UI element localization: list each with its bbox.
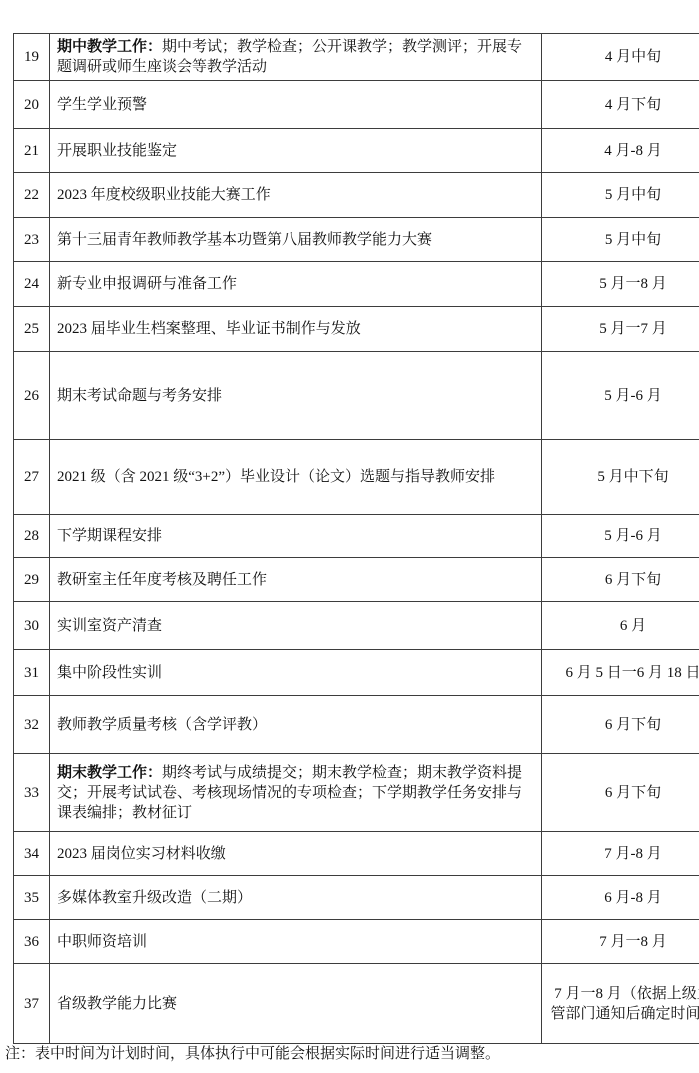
- task-text: 实训室资产清查: [57, 618, 162, 634]
- task-text: 中职师资培训: [57, 934, 147, 950]
- table-row: 36 中职师资培训 7 月一8 月: [14, 920, 699, 964]
- row-number-cell: 28: [14, 515, 50, 558]
- table-row: 28 下学期课程安排 5 月-6 月: [14, 515, 699, 558]
- row-number-cell: 27: [14, 440, 50, 515]
- footnote: 注：表中时间为计划时间，具体执行中可能会根据实际时间进行适当调整。: [5, 1044, 500, 1064]
- task-cell: 第十三届青年教师教学基本功暨第八届教师教学能力大赛: [50, 218, 542, 262]
- task-cell: 教师教学质量考核（含学评教）: [50, 696, 542, 754]
- table-row: 20 学生学业预警 4 月下旬: [14, 81, 699, 129]
- table-row: 27 2021 级（含 2021 级“3+2”）毕业设计（论文）选题与指导教师安…: [14, 440, 699, 515]
- row-number-cell: 34: [14, 832, 50, 876]
- table-row: 37 省级教学能力比赛 7 月一8 月（依据上级主管部门通知后确定时间）: [14, 964, 699, 1044]
- time-cell: 5 月一8 月: [542, 262, 699, 307]
- task-cell: 教研室主任年度考核及聘任工作: [50, 558, 542, 602]
- task-cell: 期中教学工作：期中考试；教学检查；公开课教学；教学测评；开展专题调研或师生座谈会…: [50, 34, 542, 81]
- task-text: 2023 年度校级职业技能大赛工作: [57, 187, 271, 203]
- time-cell: 6 月: [542, 602, 699, 650]
- task-text: 省级教学能力比赛: [57, 996, 177, 1012]
- row-number-cell: 22: [14, 173, 50, 218]
- task-text: 教研室主任年度考核及聘任工作: [57, 572, 267, 588]
- task-text: 2021 级（含 2021 级“3+2”）毕业设计（论文）选题与指导教师安排: [57, 469, 495, 485]
- table-row: 31 集中阶段性实训 6 月 5 日一6 月 18 日: [14, 650, 699, 696]
- row-number-cell: 21: [14, 129, 50, 173]
- row-number-cell: 19: [14, 34, 50, 81]
- row-number-cell: 32: [14, 696, 50, 754]
- time-cell: 5 月中旬: [542, 173, 699, 218]
- task-cell: 期末考试命题与考务安排: [50, 352, 542, 440]
- row-number-cell: 31: [14, 650, 50, 696]
- task-cell: 2023 届岗位实习材料收缴: [50, 832, 542, 876]
- time-cell: 4 月-8 月: [542, 129, 699, 173]
- task-cell: 开展职业技能鉴定: [50, 129, 542, 173]
- task-cell: 2021 级（含 2021 级“3+2”）毕业设计（论文）选题与指导教师安排: [50, 440, 542, 515]
- table-row: 26 期末考试命题与考务安排 5 月-6 月: [14, 352, 699, 440]
- table-row: 34 2023 届岗位实习材料收缴 7 月-8 月: [14, 832, 699, 876]
- task-text: 2023 届岗位实习材料收缴: [57, 846, 226, 862]
- time-cell: 7 月-8 月: [542, 832, 699, 876]
- task-cell: 省级教学能力比赛: [50, 964, 542, 1044]
- table-row: 25 2023 届毕业生档案整理、毕业证书制作与发放 5 月一7 月: [14, 307, 699, 352]
- time-cell: 6 月下旬: [542, 558, 699, 602]
- time-cell: 5 月一7 月: [542, 307, 699, 352]
- task-bold-prefix: 期中教学工作：: [57, 39, 162, 55]
- time-cell: 4 月下旬: [542, 81, 699, 129]
- row-number-cell: 20: [14, 81, 50, 129]
- task-cell: 中职师资培训: [50, 920, 542, 964]
- task-text: 集中阶段性实训: [57, 665, 162, 681]
- task-cell: 实训室资产清查: [50, 602, 542, 650]
- time-cell: 5 月-6 月: [542, 352, 699, 440]
- task-text: 学生学业预警: [57, 97, 147, 113]
- row-number-cell: 23: [14, 218, 50, 262]
- task-cell: 2023 年度校级职业技能大赛工作: [50, 173, 542, 218]
- table-row: 35 多媒体教室升级改造（二期） 6 月-8 月: [14, 876, 699, 920]
- task-text: 开展职业技能鉴定: [57, 143, 177, 159]
- time-cell: 7 月一8 月: [542, 920, 699, 964]
- table-body: 19 期中教学工作：期中考试；教学检查；公开课教学；教学测评；开展专题调研或师生…: [14, 34, 699, 1044]
- time-cell: 5 月-6 月: [542, 515, 699, 558]
- teaching-schedule-table: 19 期中教学工作：期中考试；教学检查；公开课教学；教学测评；开展专题调研或师生…: [13, 33, 699, 1044]
- task-cell: 多媒体教室升级改造（二期）: [50, 876, 542, 920]
- document-page: 19 期中教学工作：期中考试；教学检查；公开课教学；教学测评；开展专题调研或师生…: [0, 0, 699, 1073]
- task-text: 多媒体教室升级改造（二期）: [57, 890, 252, 906]
- row-number-cell: 37: [14, 964, 50, 1044]
- task-text: 2023 届毕业生档案整理、毕业证书制作与发放: [57, 321, 361, 337]
- task-bold-prefix: 期末教学工作：: [57, 765, 162, 781]
- time-cell: 4 月中旬: [542, 34, 699, 81]
- task-text: 新专业申报调研与准备工作: [57, 276, 237, 292]
- row-number-cell: 33: [14, 754, 50, 832]
- task-cell: 学生学业预警: [50, 81, 542, 129]
- row-number-cell: 26: [14, 352, 50, 440]
- table-row: 21 开展职业技能鉴定 4 月-8 月: [14, 129, 699, 173]
- row-number-cell: 24: [14, 262, 50, 307]
- time-cell: 7 月一8 月（依据上级主管部门通知后确定时间）: [542, 964, 699, 1044]
- task-text: 第十三届青年教师教学基本功暨第八届教师教学能力大赛: [57, 232, 432, 248]
- row-number-cell: 36: [14, 920, 50, 964]
- table-row: 22 2023 年度校级职业技能大赛工作 5 月中旬: [14, 173, 699, 218]
- table-row: 30 实训室资产清查 6 月: [14, 602, 699, 650]
- table-row: 24 新专业申报调研与准备工作 5 月一8 月: [14, 262, 699, 307]
- row-number-cell: 29: [14, 558, 50, 602]
- time-cell: 6 月下旬: [542, 696, 699, 754]
- task-cell: 集中阶段性实训: [50, 650, 542, 696]
- table-row: 29 教研室主任年度考核及聘任工作 6 月下旬: [14, 558, 699, 602]
- table-row: 33 期末教学工作：期终考试与成绩提交；期末教学检查；期末教学资料提交；开展考试…: [14, 754, 699, 832]
- task-text: 下学期课程安排: [57, 528, 162, 544]
- task-cell: 期末教学工作：期终考试与成绩提交；期末教学检查；期末教学资料提交；开展考试试卷、…: [50, 754, 542, 832]
- time-cell: 6 月 5 日一6 月 18 日: [542, 650, 699, 696]
- table-row: 19 期中教学工作：期中考试；教学检查；公开课教学；教学测评；开展专题调研或师生…: [14, 34, 699, 81]
- task-cell: 新专业申报调研与准备工作: [50, 262, 542, 307]
- table-row: 32 教师教学质量考核（含学评教） 6 月下旬: [14, 696, 699, 754]
- row-number-cell: 35: [14, 876, 50, 920]
- row-number-cell: 25: [14, 307, 50, 352]
- time-cell: 6 月-8 月: [542, 876, 699, 920]
- time-cell: 5 月中旬: [542, 218, 699, 262]
- task-text: 期末考试命题与考务安排: [57, 388, 222, 404]
- time-cell: 5 月中下旬: [542, 440, 699, 515]
- task-cell: 下学期课程安排: [50, 515, 542, 558]
- time-cell: 6 月下旬: [542, 754, 699, 832]
- row-number-cell: 30: [14, 602, 50, 650]
- table-row: 23 第十三届青年教师教学基本功暨第八届教师教学能力大赛 5 月中旬: [14, 218, 699, 262]
- task-cell: 2023 届毕业生档案整理、毕业证书制作与发放: [50, 307, 542, 352]
- task-text: 教师教学质量考核（含学评教）: [57, 717, 267, 733]
